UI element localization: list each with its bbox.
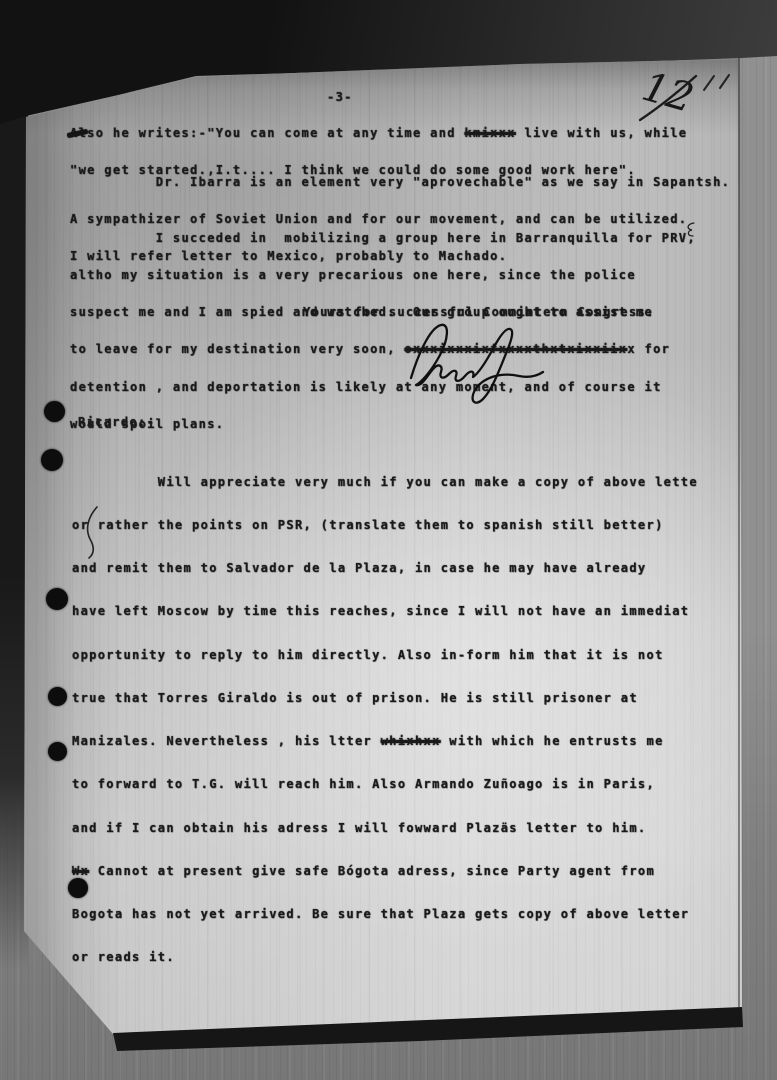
hole-punch <box>41 449 63 471</box>
text-line: would spoil plans. <box>70 418 696 430</box>
text-line: opportunity to reply to him directly. Al… <box>72 648 698 662</box>
text-line: to forward to T.G. will reach him. Also … <box>72 777 698 791</box>
text-line: Will appreciate very much if you can mak… <box>72 475 698 489</box>
salutation-ricardo: Ricardo:- <box>78 416 155 428</box>
signature-path <box>411 325 543 403</box>
text-line: and remit them to Salvador de la Plaza, … <box>72 561 698 575</box>
text-line: to leave for my destination very soon, o… <box>70 343 696 355</box>
text-line: I succeded in mobilizing a group here in… <box>70 232 696 244</box>
text-segment: Also he writes:-"You can come at any tim… <box>70 126 464 140</box>
signature-scrawl <box>395 316 570 411</box>
hole-punch <box>48 742 67 761</box>
text-segment: x for <box>627 342 670 356</box>
handwritten-margin-mark <box>684 221 698 239</box>
scanned-letter-page: -3- 12 Also he writes:-"You can come at … <box>0 0 777 1080</box>
hole-punch <box>44 401 65 422</box>
text-segment: with which he entrusts me <box>441 734 664 748</box>
text-line: true that Torres Giraldo is out of priso… <box>72 691 698 705</box>
text-segment: Cannot at present give safe Bógota adres… <box>89 864 655 878</box>
hole-punch <box>46 588 68 610</box>
text-segment: live with us, while <box>516 126 688 140</box>
paragraph-ricardo-note: Will appreciate very much if you can mak… <box>72 446 698 993</box>
hole-punch <box>48 687 67 706</box>
text-line: Dr. Ibarra is an element very "aprovecha… <box>70 176 730 188</box>
handwritten-margin-squiggle <box>84 505 102 561</box>
text-segment: to leave for my destination very soon, <box>70 342 404 356</box>
scan-left-shadow <box>0 90 28 970</box>
text-segment: Manizales. Nevertheless , his ltter <box>72 734 381 748</box>
text-line: Manizales. Nevertheless , his ltter whix… <box>72 734 698 748</box>
text-line: Wx Cannot at present give safe Bógota ad… <box>72 864 698 878</box>
text-line: have left Moscow by time this reaches, s… <box>72 604 698 618</box>
text-line: Bogota has not yet arrived. Be sure that… <box>72 907 698 921</box>
paragraph-barranquilla: I succeded in mobilizing a group here in… <box>70 207 696 455</box>
handwritten-page-number: 12 <box>638 64 738 126</box>
handwritten-tick-mark <box>720 75 729 88</box>
text-line: Also he writes:-"You can come at any tim… <box>70 127 687 139</box>
paper-right-edge <box>738 58 740 1010</box>
handwritten-number-text: 12 <box>638 64 699 122</box>
struck-text: whixhxx <box>381 734 441 748</box>
hole-punch <box>68 878 88 898</box>
text-line: and if I can obtain his adress I will fo… <box>72 821 698 835</box>
text-line: or rather the points on PSR, (translate … <box>72 518 698 532</box>
text-line: detention , and deportation is likely at… <box>70 381 696 393</box>
text-line: or reads it. <box>72 950 698 964</box>
struck-text: Wx <box>72 864 89 878</box>
struck-text: kmixxx <box>464 126 515 140</box>
text-line: altho my situation is a very precarious … <box>70 269 696 281</box>
handwritten-tick-mark <box>704 76 714 90</box>
